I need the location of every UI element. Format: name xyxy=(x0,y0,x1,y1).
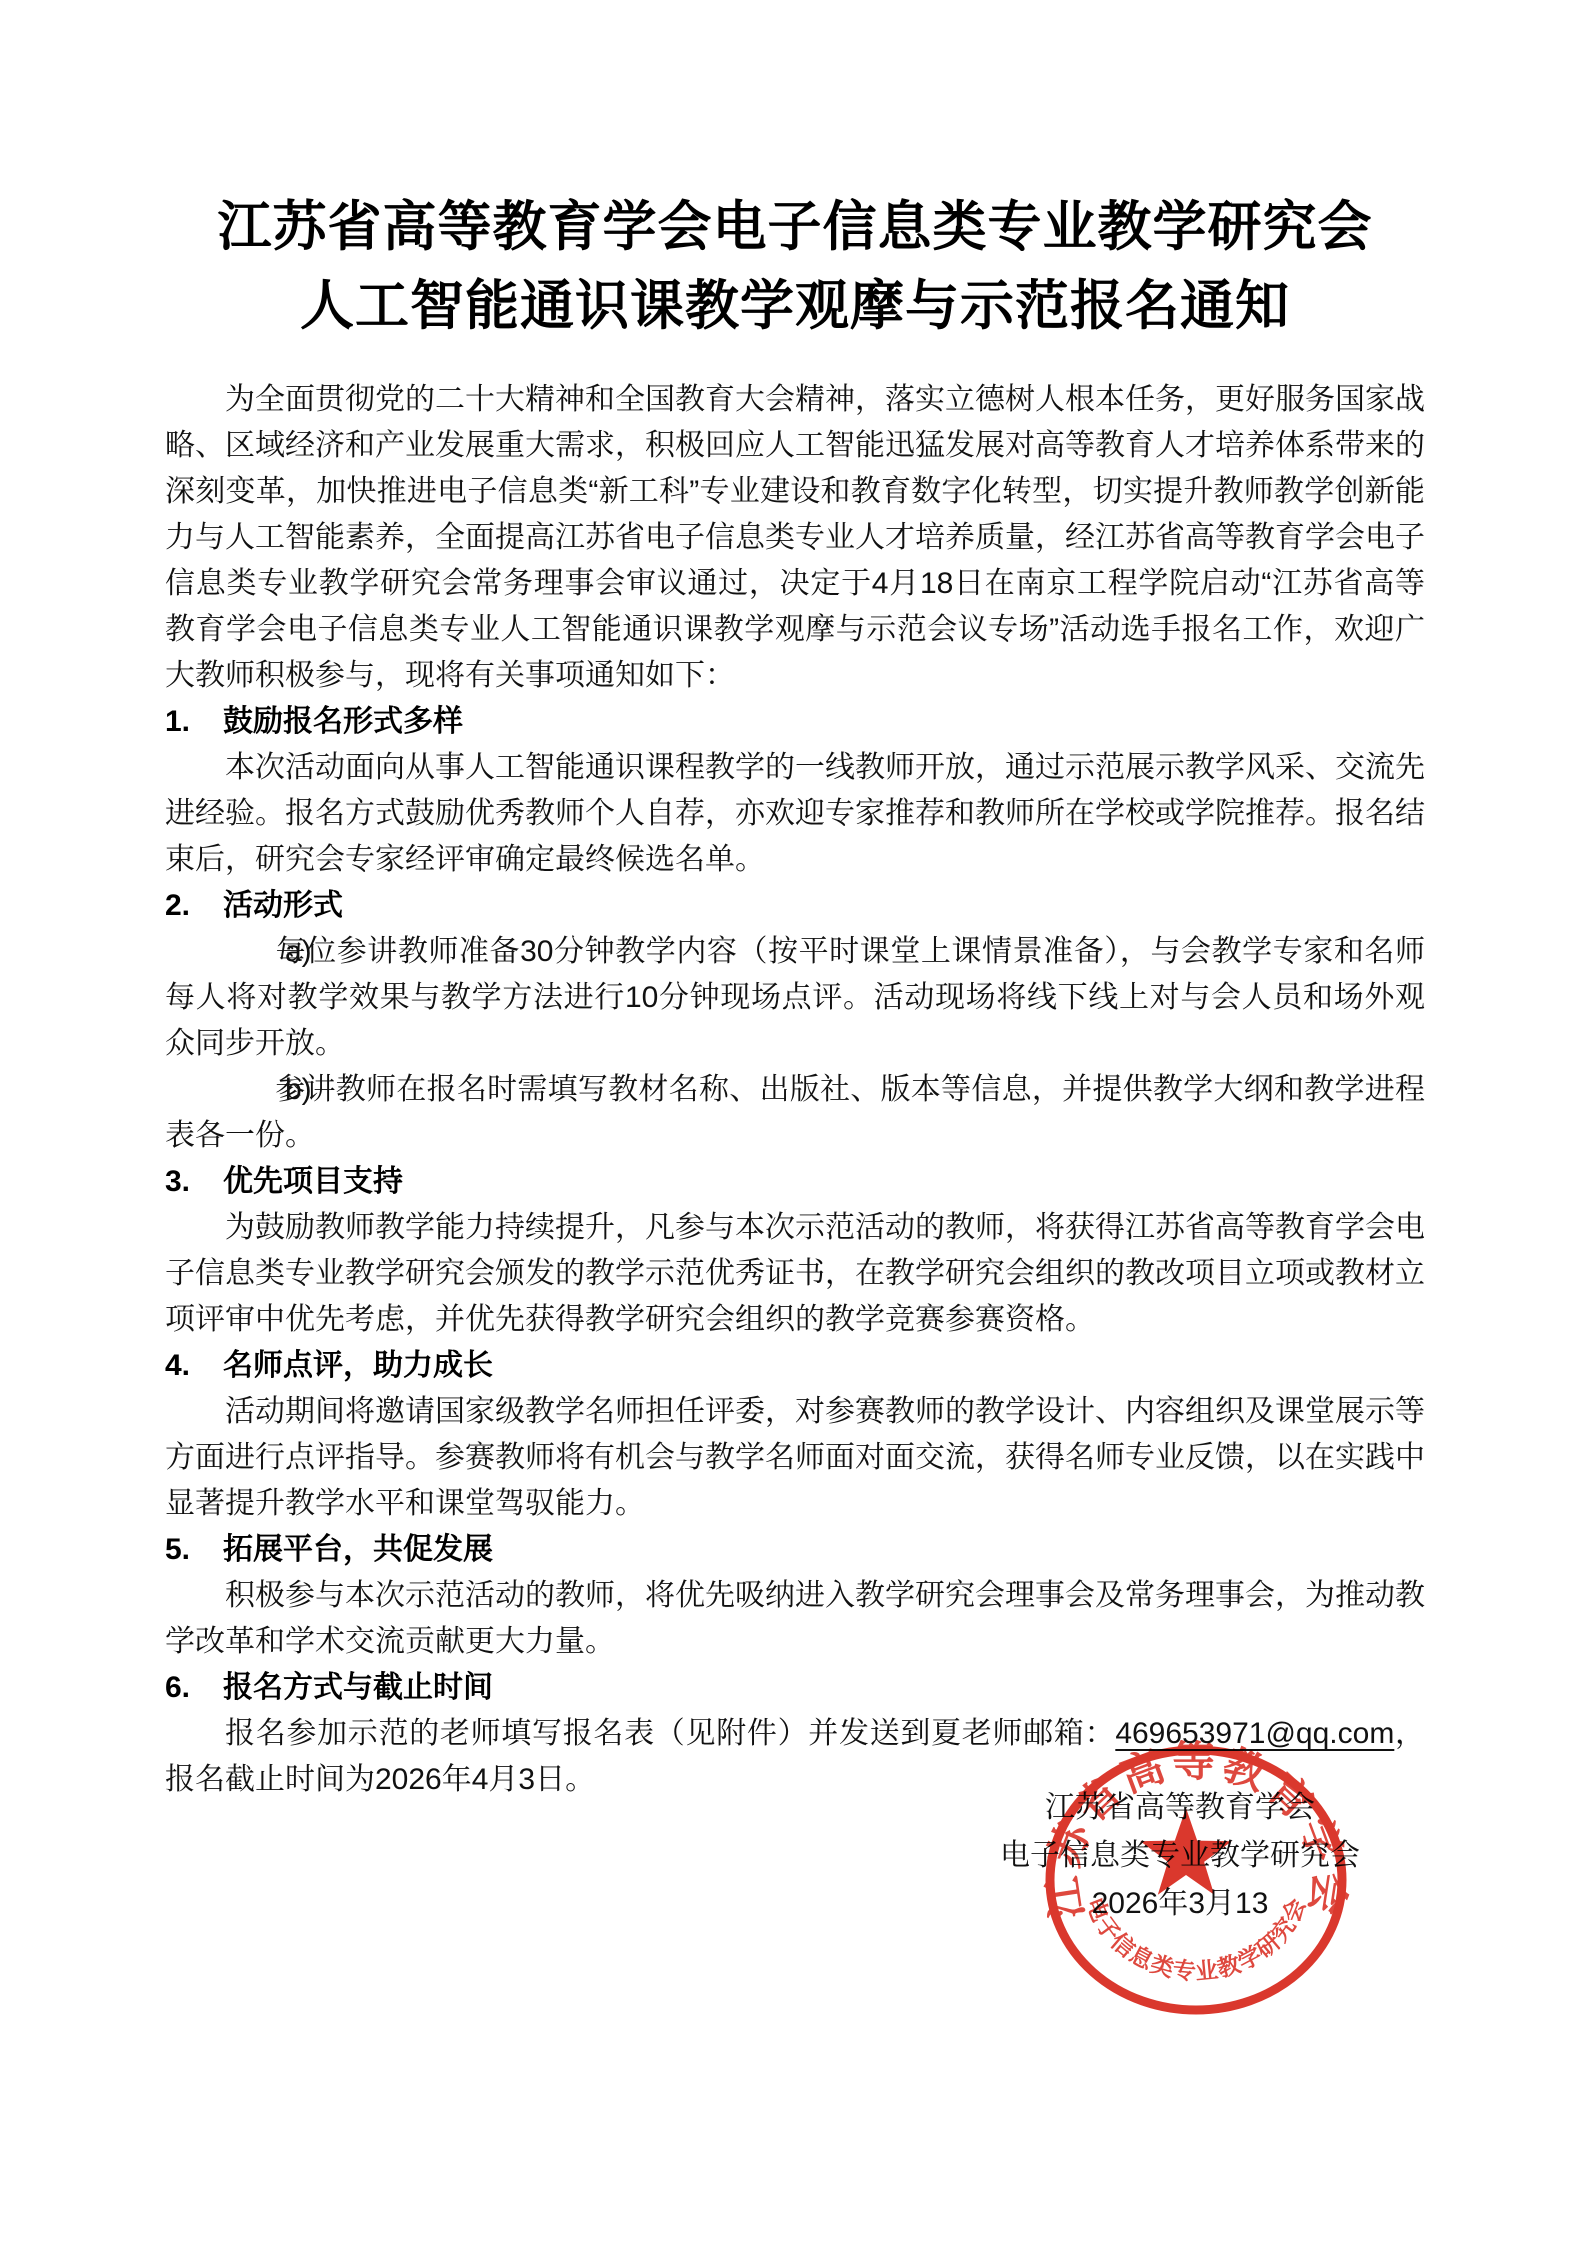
section-1-title: 鼓励报名形式多样 xyxy=(223,705,463,738)
section-5-title: 拓展平台，共促发展 xyxy=(223,1533,493,1566)
section-4-number: 4. xyxy=(165,1343,223,1389)
section-1-paragraph: 本次活动面向从事人工智能通识课程教学的一线教师开放，通过示范展示教学风采、交流先… xyxy=(165,745,1425,883)
section-2-title: 活动形式 xyxy=(223,889,343,922)
section-6-number: 6. xyxy=(165,1665,223,1711)
section-3-heading: 3.优先项目支持 xyxy=(165,1159,1425,1205)
section-5-number: 5. xyxy=(165,1527,223,1573)
section-2-number: 2. xyxy=(165,883,223,929)
section-5-paragraph: 积极参与本次示范活动的教师，将优先吸纳进入教学研究会理事会及常务理事会，为推动教… xyxy=(165,1573,1425,1665)
section-5-heading: 5.拓展平台，共促发展 xyxy=(165,1527,1425,1573)
section-2-heading: 2.活动形式 xyxy=(165,883,1425,929)
document-content: 江苏省高等教育学会电子信息类专业教学研究会 人工智能通识课教学观摩与示范报名通知… xyxy=(0,0,1588,1803)
svg-text:电子信息类专业教学研究会: 电子信息类专业教学研究会 xyxy=(1081,1894,1310,1985)
item-b-label: b) xyxy=(225,1067,275,1113)
section-3-title: 优先项目支持 xyxy=(223,1165,403,1198)
doc-title-line1: 江苏省高等教育学会电子信息类专业教学研究会 xyxy=(165,188,1425,267)
svg-text:江苏省高等教育学会: 江苏省高等教育学会 xyxy=(1038,1740,1354,1922)
registration-text-before: 报名参加示范的老师填写报名表（见附件）并发送到夏老师邮箱： xyxy=(225,1717,1115,1750)
section-2-item-b: b)参讲教师在报名时需填写教材名称、出版社、版本等信息，并提供教学大纲和教学进程… xyxy=(165,1067,1425,1159)
section-6-heading: 6.报名方式与截止时间 xyxy=(165,1665,1425,1711)
star-icon xyxy=(1140,1808,1231,1895)
item-a-label: a) xyxy=(225,929,275,975)
section-1-heading: 1.鼓励报名形式多样 xyxy=(165,699,1425,745)
section-1-number: 1. xyxy=(165,699,223,745)
official-seal-stamp: 江苏省高等教育学会 电子信息类专业教学研究会 xyxy=(1038,1740,1356,2024)
stamp-ring-text-bottom: 电子信息类专业教学研究会 xyxy=(1081,1894,1310,1985)
item-a-text: 每位参讲教师准备30分钟教学内容（按平时课堂上课情景准备），与会教学专家和名师每… xyxy=(165,935,1425,1060)
section-2-item-a: a)每位参讲教师准备30分钟教学内容（按平时课堂上课情景准备），与会教学专家和名… xyxy=(165,929,1425,1067)
notice-document-page: 江苏省高等教育学会电子信息类专业教学研究会 人工智能通识课教学观摩与示范报名通知… xyxy=(0,0,1588,2245)
section-3-paragraph: 为鼓励教师教学能力持续提升，凡参与本次示范活动的教师，将获得江苏省高等教育学会电… xyxy=(165,1205,1425,1343)
doc-title-line2: 人工智能通识课教学观摩与示范报名通知 xyxy=(165,267,1425,346)
section-4-title: 名师点评，助力成长 xyxy=(223,1349,493,1382)
stamp-ring-text-top: 江苏省高等教育学会 xyxy=(1038,1740,1354,1922)
section-3-number: 3. xyxy=(165,1159,223,1205)
item-b-text: 参讲教师在报名时需填写教材名称、出版社、版本等信息，并提供教学大纲和教学进程表各… xyxy=(165,1073,1425,1152)
intro-paragraph: 为全面贯彻党的二十大精神和全国教育大会精神，落实立德树人根本任务，更好服务国家战… xyxy=(165,377,1425,699)
document-body: 为全面贯彻党的二十大精神和全国教育大会精神，落实立德树人根本任务，更好服务国家战… xyxy=(165,377,1425,1803)
section-4-paragraph: 活动期间将邀请国家级教学名师担任评委，对参赛教师的教学设计、内容组织及课堂展示等… xyxy=(165,1389,1425,1527)
section-6-title: 报名方式与截止时间 xyxy=(223,1671,493,1704)
section-4-heading: 4.名师点评，助力成长 xyxy=(165,1343,1425,1389)
